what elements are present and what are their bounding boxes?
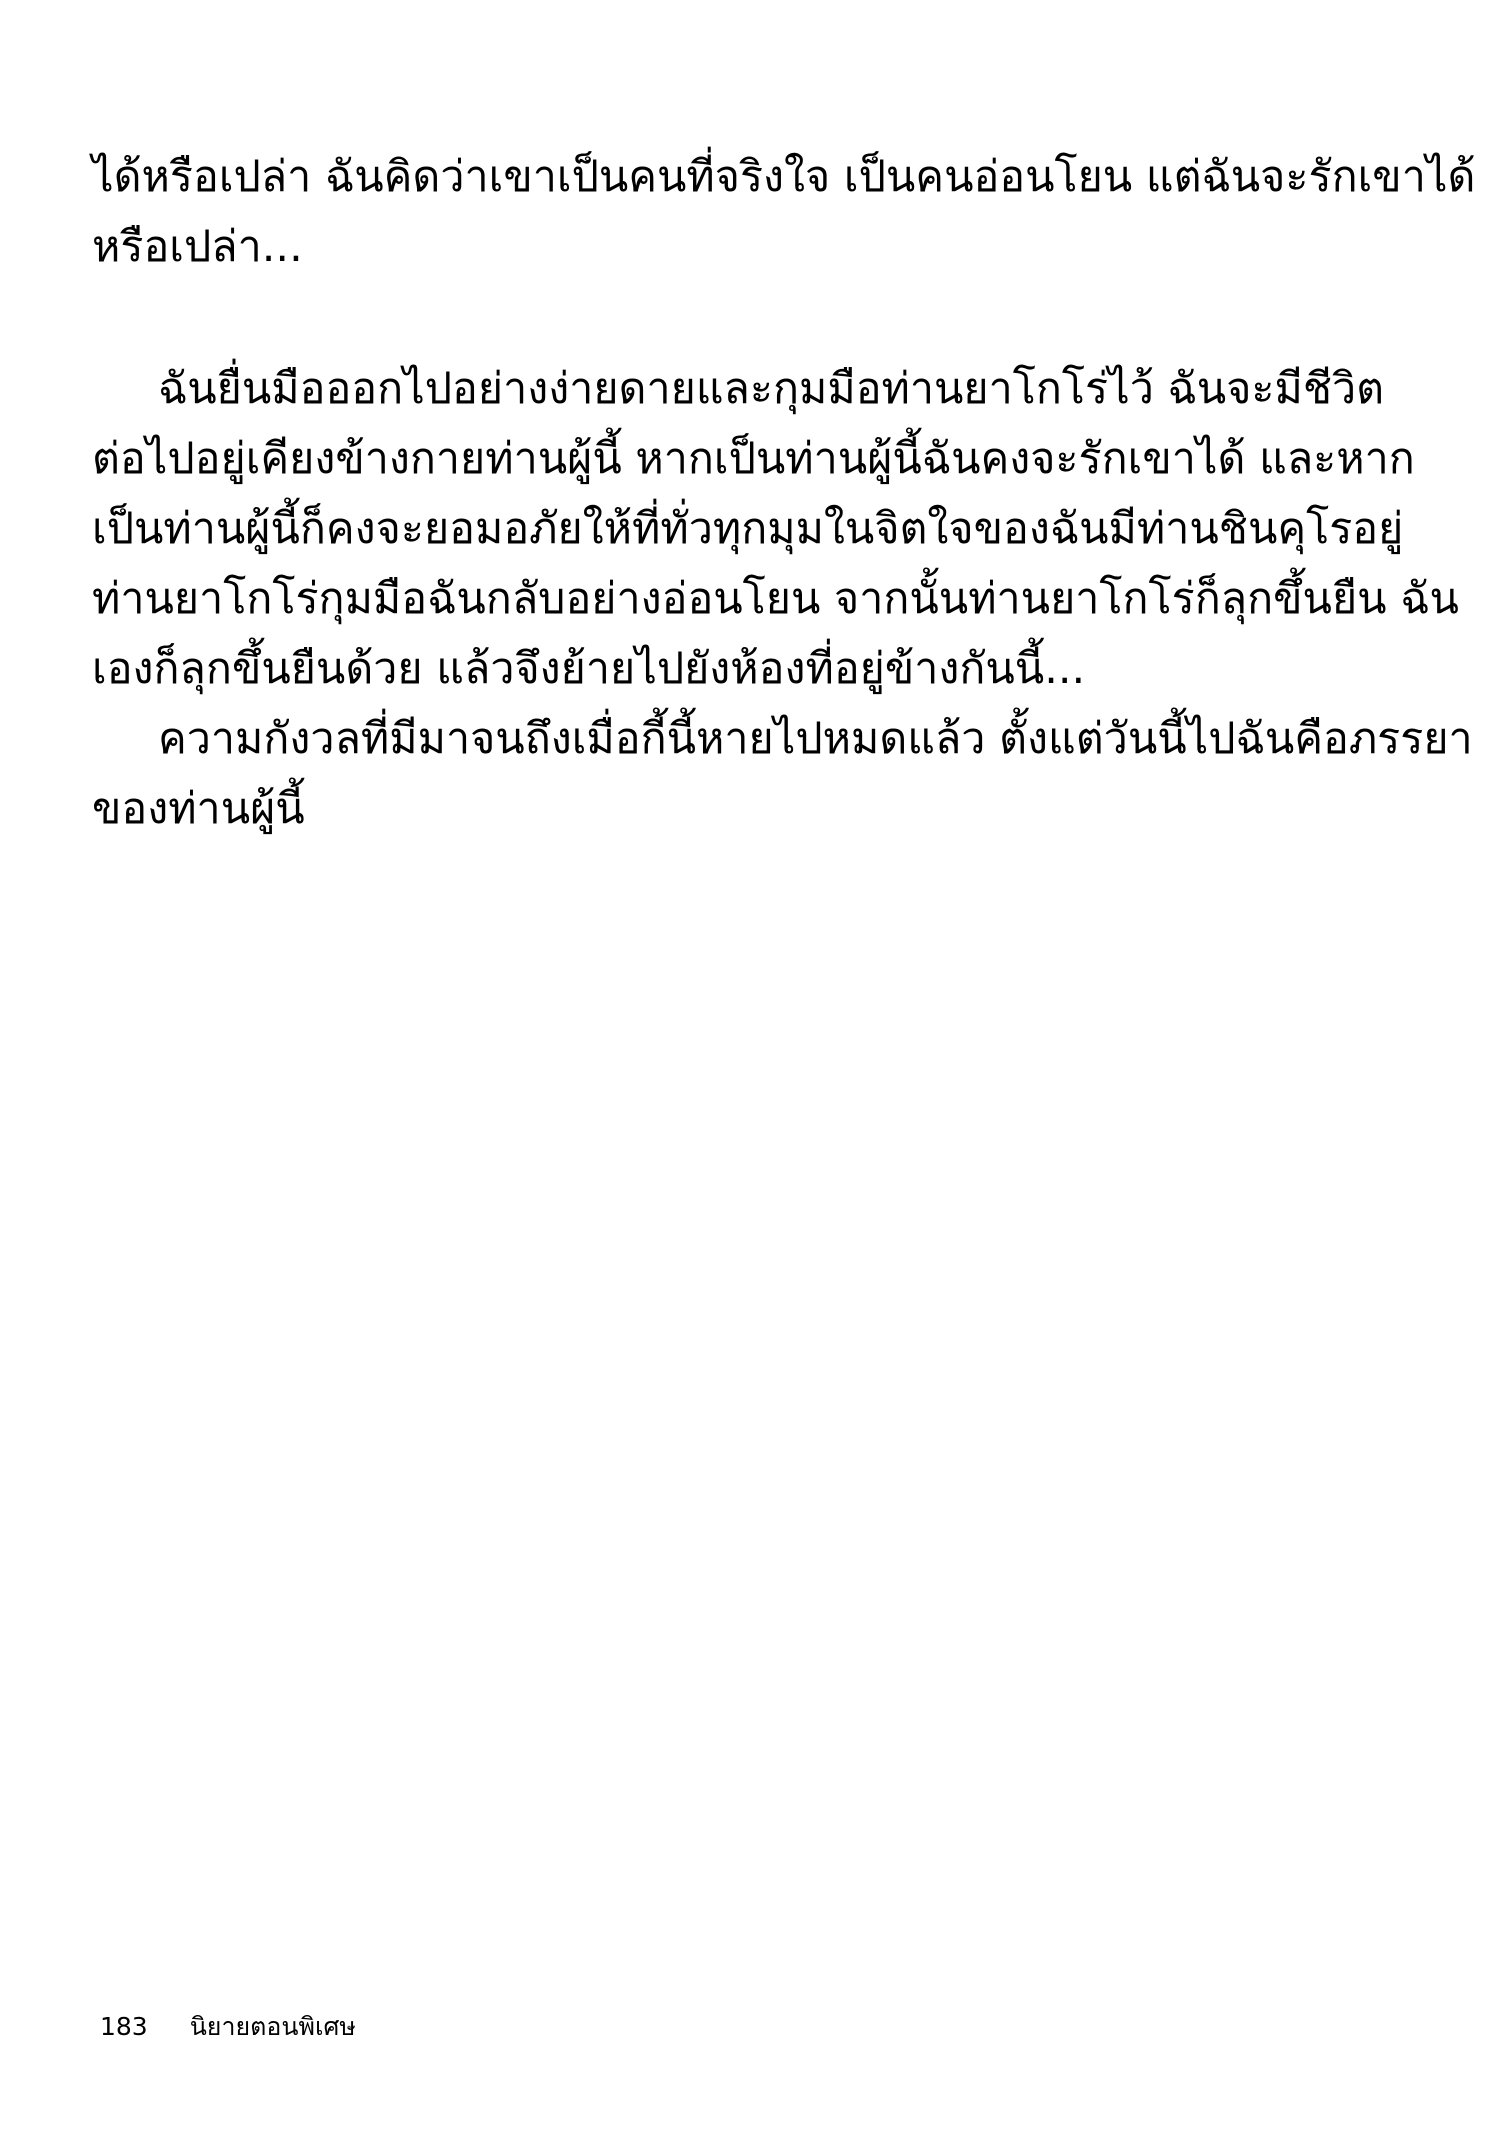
page-body: ได้หรือเปล่า ฉันคิดว่าเขาเป็นคนที่จริงใจ… bbox=[92, 142, 1372, 844]
text-line: เองก็ลุกขึ้นยืนด้วย แล้วจึงย้ายไปยังห้อง… bbox=[92, 634, 1372, 704]
text-line: ท่านยาโกโร่กุมมือฉันกลับอย่างอ่อนโยน จาก… bbox=[92, 564, 1372, 634]
page-number: 183 bbox=[100, 2010, 148, 2044]
paragraph: ได้หรือเปล่า ฉันคิดว่าเขาเป็นคนที่จริงใจ… bbox=[92, 142, 1372, 282]
text-line: หรือเปล่า... bbox=[92, 212, 1372, 282]
text-line: ได้หรือเปล่า ฉันคิดว่าเขาเป็นคนที่จริงใจ… bbox=[92, 142, 1372, 212]
text-line: ของท่านผู้นี้ bbox=[92, 774, 1372, 844]
running-title: นิยายตอนพิเศษ bbox=[190, 2010, 356, 2044]
text-line: ฉันยื่นมือออกไปอย่างง่ายดายและกุมมือท่าน… bbox=[92, 354, 1372, 424]
book-page: ได้หรือเปล่า ฉันคิดว่าเขาเป็นคนที่จริงใจ… bbox=[0, 0, 1512, 2150]
text-line: ต่อไปอยู่เคียงข้างกายท่านผู้นี้ หากเป็นท… bbox=[92, 424, 1372, 494]
page-footer: 183 นิยายตอนพิเศษ bbox=[100, 2010, 356, 2044]
paragraph: ความกังวลที่มีมาจนถึงเมื่อกี้นี้หายไปหมด… bbox=[92, 704, 1372, 844]
text-line: เป็นท่านผู้นี้ก็คงจะยอมอภัยให้ที่ทั่วทุก… bbox=[92, 494, 1372, 564]
paragraph: ฉันยื่นมือออกไปอย่างง่ายดายและกุมมือท่าน… bbox=[92, 354, 1372, 704]
text-line: ความกังวลที่มีมาจนถึงเมื่อกี้นี้หายไปหมด… bbox=[92, 704, 1372, 774]
